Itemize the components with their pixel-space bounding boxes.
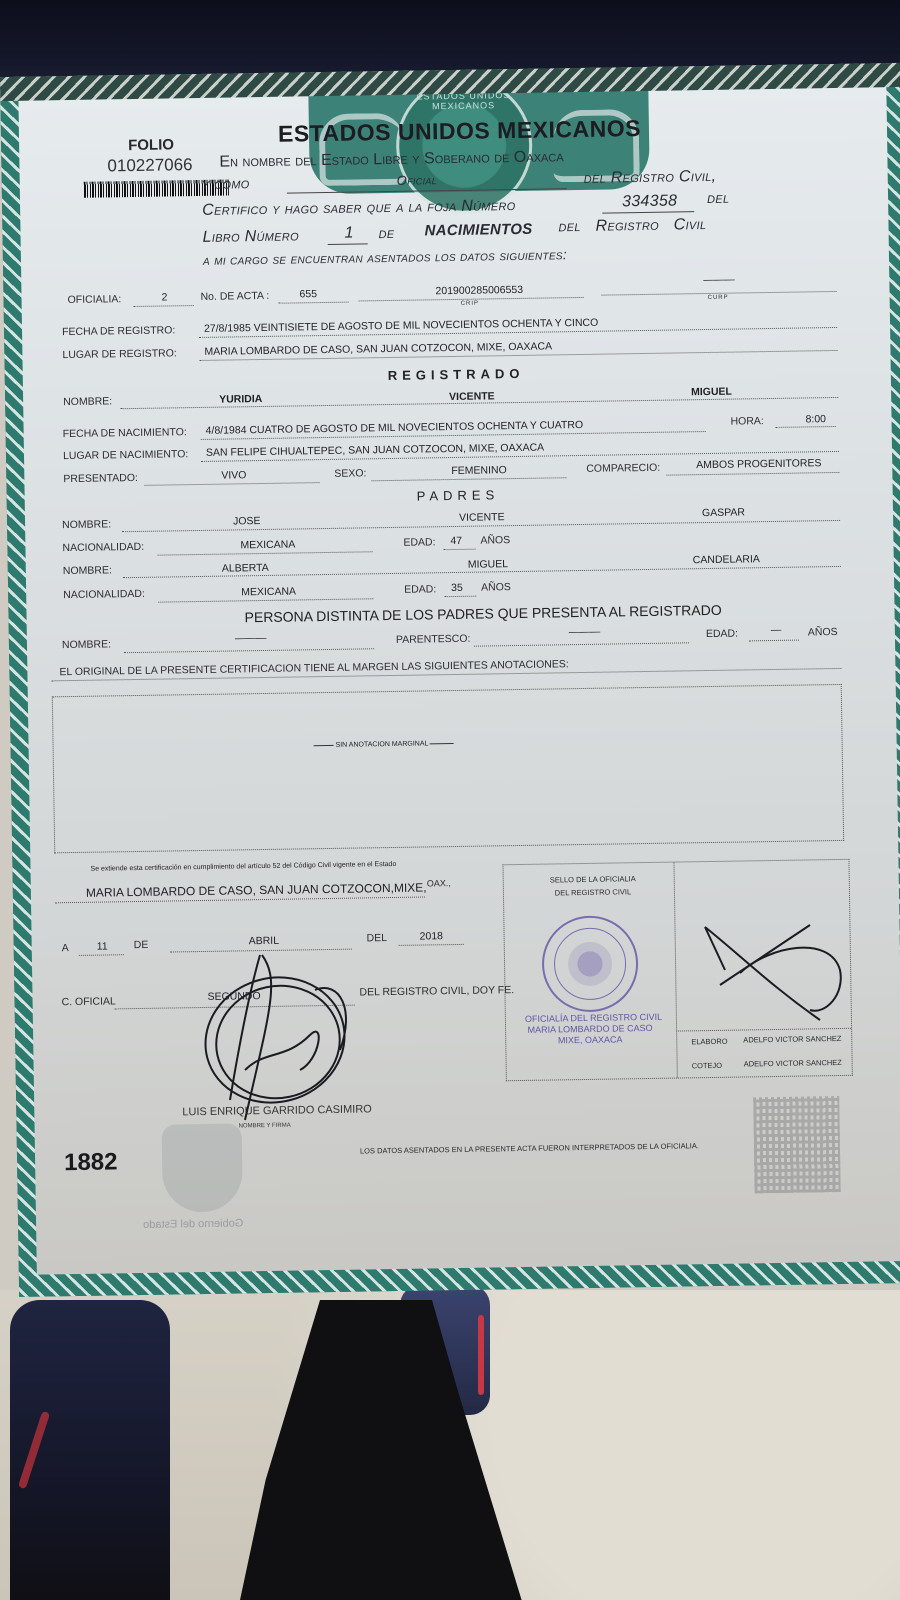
presentado-label: PRESENTADO: (63, 472, 138, 485)
padre-anos-label: AÑOS (480, 534, 510, 546)
oficial-ordinal: SEGUNDO (207, 990, 260, 1003)
persona-nombre-label: NOMBRE: (62, 638, 111, 651)
folio-label: FOLIO (128, 136, 174, 154)
parentesco-label: PARENTESCO: (396, 633, 471, 646)
fecha-registro-label: FECHA DE REGISTRO: (62, 324, 175, 338)
madre-nombre-label: NOMBRE: (63, 564, 112, 577)
curp-value: ——— (703, 274, 735, 286)
hora-label: HORA: (730, 415, 763, 428)
left-shoe (10, 1300, 170, 1600)
crip-value: 201900285006553 (435, 284, 523, 297)
madre-edad: 35 (451, 582, 463, 594)
sexo-value: FEMENINO (451, 464, 507, 477)
padre-edad-label: EDAD: (403, 536, 435, 549)
elaboro-label: ELABORO (691, 1037, 727, 1047)
c-oficial-label: C. OFICIAL (62, 995, 116, 1008)
doy-fe-text: DEL REGISTRO CIVIL, DOY FE. (359, 984, 514, 998)
foja-number: 334358 (622, 192, 677, 211)
header-line-4-end: del Registro Civil (558, 216, 706, 236)
header-line-3-end: del (707, 190, 730, 208)
lugar-registro-label: LUGAR DE REGISTRO: (62, 347, 177, 361)
fecha-a-label: A (62, 942, 69, 954)
sexo-label: SEXO: (334, 467, 366, 480)
gobierno-estado-text: Gobierno del Estado (143, 1217, 243, 1231)
padre-nacionalidad-label: NACIONALIDAD: (62, 541, 144, 554)
padres-heading: PADRES (417, 487, 500, 503)
anotaciones-box (52, 684, 844, 853)
madre-nacionalidad: MEXICANA (241, 585, 296, 598)
folio-number: 010227066 (107, 155, 192, 176)
padre-nombre: JOSE (233, 515, 261, 527)
crip-label: CRIP (461, 301, 479, 307)
birth-certificate: ESTADOS UNIDOS MEXICANOS FOLIO 010227066… (0, 63, 900, 1297)
qr-code (753, 1096, 840, 1193)
header-line-4-start: Libro Número (202, 227, 299, 247)
padre-edad: 47 (450, 535, 462, 547)
fecha-del-label: DEL (367, 932, 388, 944)
persona-edad-label: EDAD: (706, 628, 738, 641)
fecha-anio: 2018 (420, 930, 444, 942)
comparecio-label: COMPARECIO: (586, 462, 660, 475)
cotejo-value: ADELFO VICTOR SANCHEZ (744, 1058, 842, 1069)
certificacion-estado: OAX., (427, 878, 451, 888)
curp-label: CURP (708, 295, 729, 301)
persona-edad: — (771, 624, 782, 636)
persona-nombre: ——— (235, 632, 267, 644)
oficialia-value: 2 (161, 291, 167, 303)
madre-apellido-paterno: MIGUEL (468, 558, 508, 571)
document-number: 1882 (64, 1148, 118, 1177)
libro-type: NACIMIENTOS (424, 221, 532, 240)
lugar-nacimiento-label: LUGAR DE NACIMIENTO: (63, 448, 188, 462)
hora-value: 8:00 (805, 413, 826, 425)
document-title: ESTADOS UNIDOS MEXICANOS (278, 115, 641, 148)
persona-anos-label: AÑOS (808, 626, 838, 638)
fecha-de-label: DE (134, 939, 149, 951)
parentesco-value: ——— (569, 626, 601, 638)
comparecio-value: AMBOS PROGENITORES (696, 457, 821, 471)
fecha-mes: ABRIL (249, 935, 280, 947)
acta-label: No. DE ACTA : (200, 290, 269, 303)
registrado-nombre: YURIDIA (219, 393, 262, 406)
registrado-apellido-materno: MIGUEL (691, 386, 732, 399)
sello-title: SELLO DE LA OFICIALIA DEL REGISTRO CIVIL (548, 872, 638, 899)
presentado-value: VIVO (221, 469, 246, 481)
stamp-text: OFICIALÍA DEL REGISTRO CIVIL MARIA LOMBA… (525, 1012, 656, 1047)
padre-apellido-materno: GASPAR (702, 506, 745, 519)
registrado-nombre-label: NOMBRE: (63, 395, 112, 408)
oficialia-label: OFICIALIA: (67, 293, 121, 306)
header-oficial: Oficial (397, 172, 437, 188)
cotejo-label: COTEJO (692, 1061, 723, 1070)
libro-number: 1 (344, 225, 353, 243)
padre-nacionalidad: MEXICANA (240, 538, 295, 551)
stamp-line-3: MIXE, OAXACA (525, 1034, 655, 1047)
padre-nombre-label: NOMBRE: (62, 518, 111, 531)
header-line-4-de: de (378, 225, 394, 243)
madre-nacionalidad-label: NACIONALIDAD: (63, 588, 145, 601)
sin-anotacion: SIN ANOTACION MARGINAL (335, 740, 428, 748)
state-emblem-icon (162, 1123, 243, 1212)
registrado-heading: REGISTRADO (388, 366, 525, 383)
elaboro-value: ADELFO VICTOR SANCHEZ (743, 1034, 841, 1045)
acta-value: 655 (299, 288, 317, 300)
registrado-apellido-paterno: VICENTE (449, 390, 495, 403)
fecha-nacimiento-label: FECHA DE NACIMIENTO: (63, 426, 187, 440)
header-line-2-end: del Registro Civil, (584, 168, 717, 188)
header-line-2-start: y como (202, 175, 250, 194)
madre-apellido-materno: CANDELARIA (693, 553, 760, 566)
nombre-firma-label: NOMBRE Y FIRMA (239, 1123, 291, 1130)
madre-edad-label: EDAD: (404, 583, 436, 596)
padre-apellido-paterno: VICENTE (459, 511, 505, 524)
sello-title-line-2: DEL REGISTRO CIVIL (548, 885, 638, 899)
madre-nombre: ALBERTA (222, 562, 269, 575)
madre-anos-label: AÑOS (481, 581, 511, 593)
fecha-dia: 11 (97, 940, 108, 952)
